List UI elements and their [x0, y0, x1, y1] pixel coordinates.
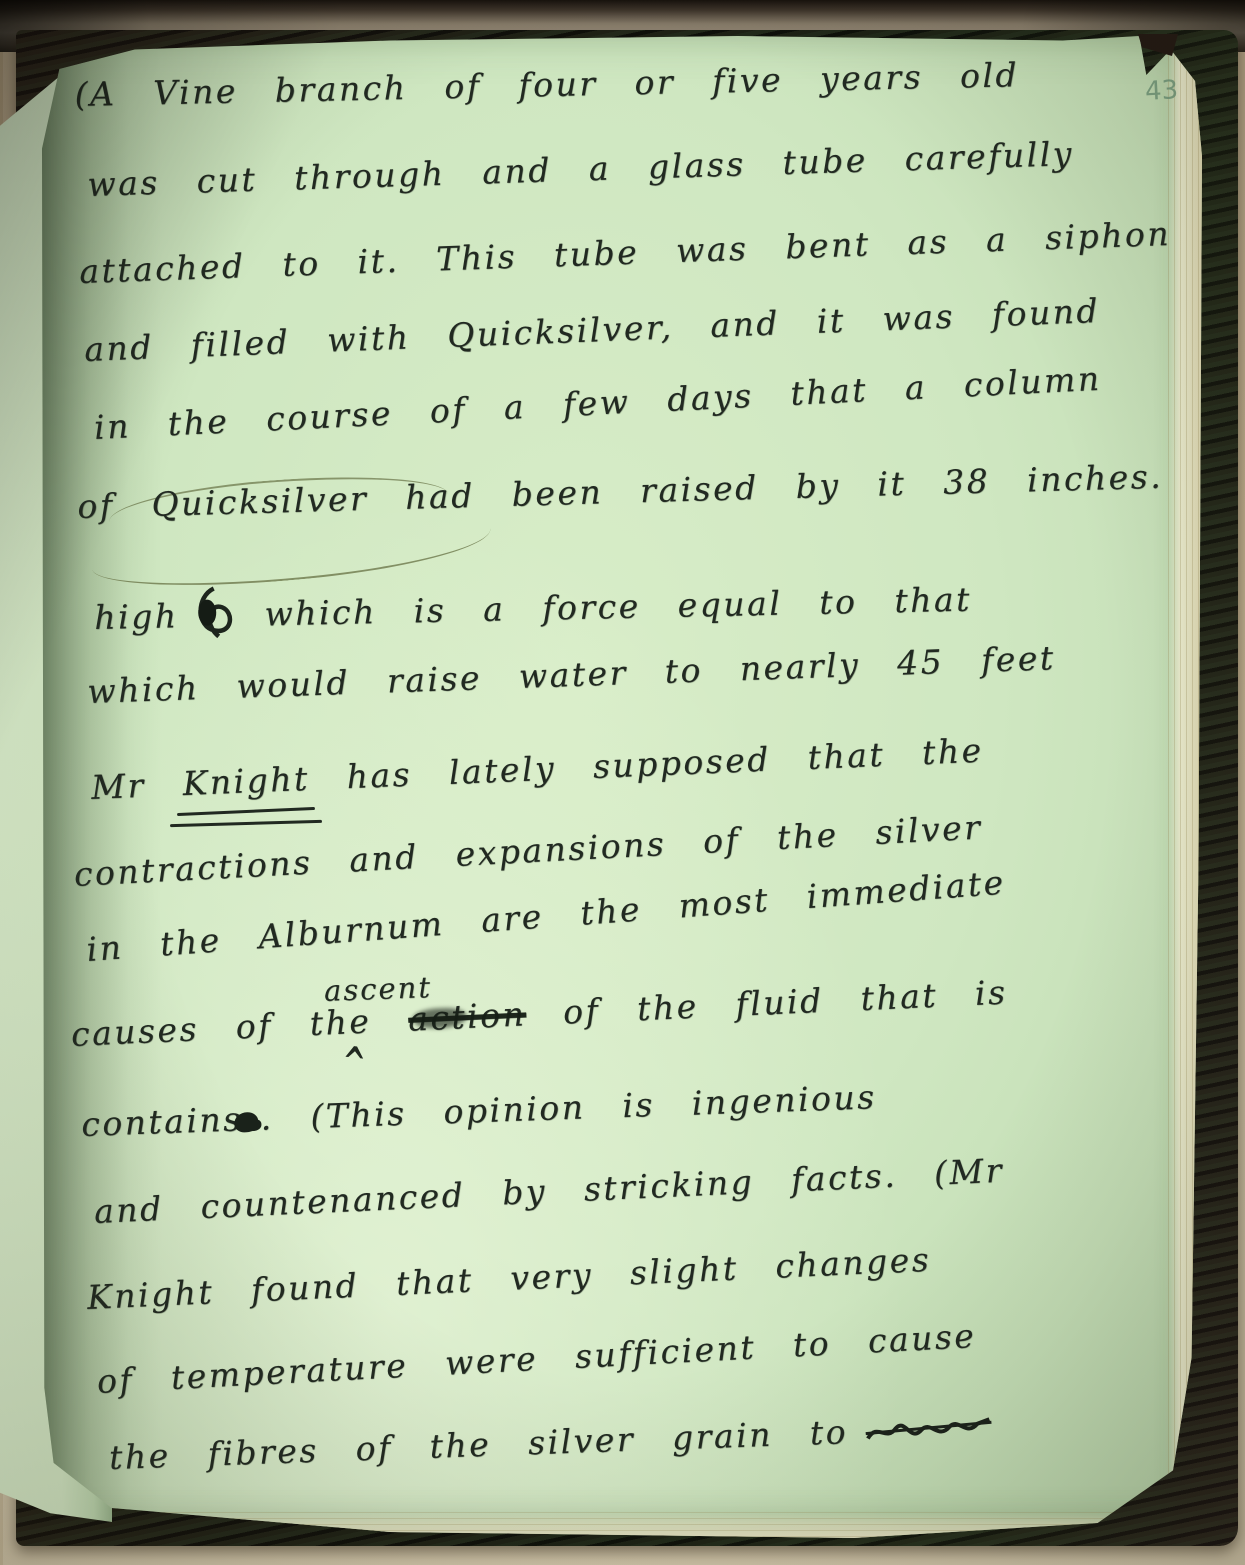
manuscript-line: was cut through and a glass tube careful…: [87, 134, 1075, 204]
manuscript-line: the fibres of the silver grain to: [108, 1407, 994, 1483]
line-text-segment: of the fluid that is: [525, 973, 1008, 1034]
line-text-segment: Mr: [90, 764, 183, 807]
underline-stroke: [177, 807, 315, 816]
line-text-segment: the fibres of the silver grain to: [108, 1412, 848, 1477]
manuscript-page: 43 (A Vine branch of four or five years …: [42, 36, 1202, 1538]
manuscript-line: (A Vine branch of four or five years old: [74, 55, 1019, 114]
line-text-segment: has lately supposed that the: [309, 731, 984, 798]
inserted-word: ascent: [323, 970, 432, 1008]
line-text-segment: contains: [81, 1099, 244, 1144]
manuscript-line: and countenanced by stricking facts. (Mr: [93, 1151, 1005, 1231]
manuscript-line: of temperature were sufficient to cause: [96, 1316, 977, 1401]
ink-blot: [192, 582, 245, 649]
manuscript-line: Mr Knight has lately supposed that the: [90, 731, 984, 807]
line-text-segment: high: [94, 596, 179, 637]
line-text-segment: of: [77, 485, 152, 526]
page-number: 43: [1144, 75, 1179, 107]
underlined-word: Knight: [182, 759, 311, 803]
pencil-struck-word: Quicksilver: [151, 479, 369, 524]
struck-out-scribble: [863, 1410, 994, 1457]
line-text-segment: which is a force equal to that: [264, 580, 972, 634]
manuscript-line: in the course of a few days that a colum…: [93, 359, 1102, 447]
manuscript-line: of Quicksilver had been raised by it 38 …: [77, 457, 1164, 526]
line-text-segment: had been raised by it 38 inches.: [368, 457, 1164, 518]
ink-blot-small: [234, 1112, 259, 1133]
underline-stroke: [170, 820, 322, 827]
manuscript-line: Knight found that very slight changes: [86, 1240, 932, 1317]
manuscript-line: causes of the action of the fluid that i…: [70, 973, 1008, 1054]
manuscript-line: highwhich is a force equal to that: [94, 567, 973, 651]
manuscript-line: which would raise water to nearly 45 fee…: [87, 638, 1057, 711]
manuscript-line: attached to it. This tube was bent as a …: [79, 214, 1172, 291]
manuscript-line: contains. (This opinion is ingenious: [81, 1077, 878, 1144]
manuscript-line: and filled with Quicksilver, and it was …: [84, 291, 1101, 369]
insertion-caret: ^: [339, 1037, 368, 1089]
